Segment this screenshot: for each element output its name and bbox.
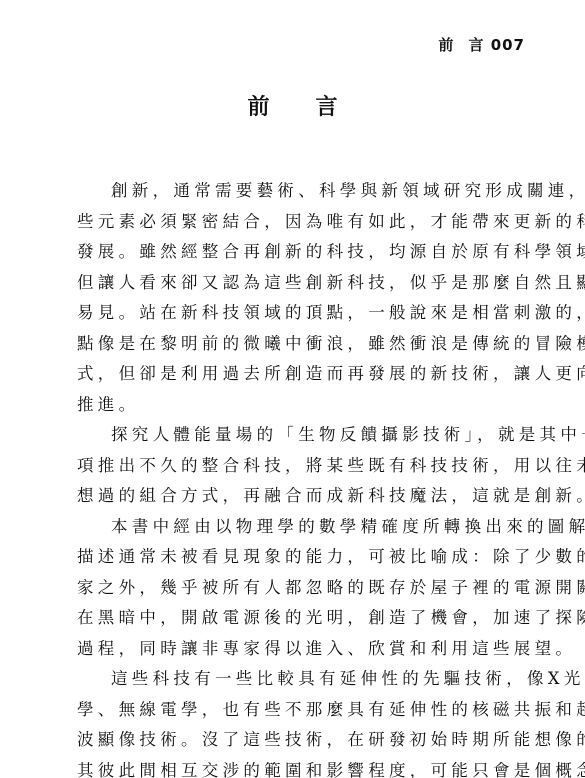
title-part-2: 言 — [316, 94, 338, 120]
page-title: 前言 — [0, 90, 585, 121]
paragraph-line: 項推出不久的整合科技，將某些既有科技技術，用以往未曾 — [77, 451, 529, 482]
paragraph-line: 描述通常未被看見現象的能力，可被比喻成：除了少數的專 — [77, 542, 529, 573]
paragraph-line: 些元素必須緊密結合，因為唯有如此，才能帶來更新的科技 — [77, 207, 529, 238]
paragraph-line: 本書中經由以物理學的數學精確度所轉換出來的圖解， — [77, 512, 529, 543]
title-part-1: 前 — [247, 94, 269, 120]
paragraph-line: 發展。雖然經整合再創新的科技，均源自於原有科學領域， — [77, 237, 529, 268]
paragraph-line: 式，但卻是利用過去所創造而再發展的新技術，讓人更向前 — [77, 359, 529, 390]
paragraph-line: 點像是在黎明前的微曦中衝浪，雖然衝浪是傳統的冒險模 — [77, 329, 529, 360]
paragraph-line: 探究人體能量場的「生物反饋攝影技術」，就是其中一 — [77, 420, 529, 451]
paragraph-line: 在黑暗中，開啟電源後的光明，創造了機會，加速了探險的 — [77, 603, 529, 634]
page-number: 007 — [491, 36, 525, 54]
paragraph-line: 學、無線電學，也有些不那麼具有延伸性的核磁共振和超音 — [77, 695, 529, 726]
paragraph-line: 創新，通常需要藝術、科學與新領域研究形成關連，這 — [77, 176, 529, 207]
body-text: 創新，通常需要藝術、科學與新領域研究形成關連，這 些元素必須緊密結合，因為唯有如… — [77, 176, 529, 778]
paragraph-line: 但讓人看來卻又認為這些創新科技，似乎是那麼自然且顯而 — [77, 268, 529, 299]
paragraph-line: 過程，同時讓非專家得以進入、欣賞和利用這些展望。 — [77, 634, 529, 665]
running-head-chapter-2: 言 — [468, 36, 484, 54]
running-head: 前言 007 — [438, 34, 525, 55]
running-head-chapter: 前 — [438, 36, 454, 54]
paragraph-line: 波顯像技術。沒了這些技術，在研發初始時期所能想像的， — [77, 725, 529, 756]
paragraph-line: 推進。 — [77, 390, 529, 421]
paragraph-line: 其彼此間相互交涉的範圍和影響程度，可能只會是個概念上 — [77, 756, 529, 778]
paragraph-line: 家之外，幾乎被所有人都忽略的既存於屋子裡的電源開關。 — [77, 573, 529, 604]
paragraph-line: 這些科技有一些比較具有延伸性的先驅技術，像X光 — [77, 664, 529, 695]
paragraph-line: 想過的組合方式，再融合而成新科技魔法，這就是創新。 — [77, 481, 529, 512]
paragraph-line: 易見。站在新科技領域的頂點，一般說來是相當刺激的，有 — [77, 298, 529, 329]
